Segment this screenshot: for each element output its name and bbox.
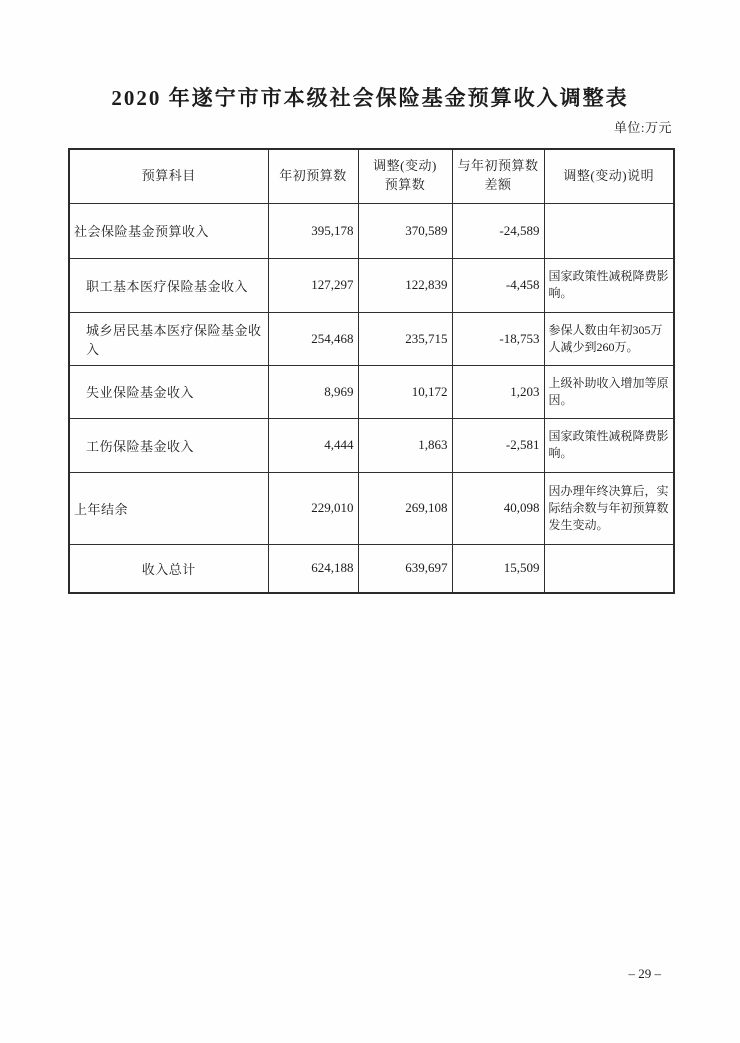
col-header-difference: 与年初预算数 差额	[452, 149, 544, 203]
row-label-cell: 社会保险基金预算收入	[69, 203, 268, 258]
page-number: – 29 –	[0, 966, 740, 982]
adjusted-budget-cell: 122,839	[358, 258, 452, 312]
unit-label: 单位:万元	[614, 117, 672, 136]
adjusted-budget-cell: 639,697	[358, 544, 452, 593]
adjusted-budget-cell: 10,172	[358, 365, 452, 418]
row-label-cell: 失业保险基金收入	[69, 365, 268, 418]
row-label-cell: 城乡居民基本医疗保险基金收入	[69, 312, 268, 365]
budget-table: 预算科目 年初预算数 调整(变动) 预算数 与年初预算数 差额 调整(变动)说明…	[68, 148, 675, 594]
initial-budget-cell: 254,468	[268, 312, 358, 365]
table-row: 失业保险基金收入 8,969 10,172 1,203 上级补助收入增加等原因。	[69, 365, 674, 418]
table-row: 社会保险基金预算收入 395,178 370,589 -24,589	[69, 203, 674, 258]
difference-cell: 40,098	[452, 472, 544, 544]
row-label-cell: 上年结余	[69, 472, 268, 544]
table-row: 城乡居民基本医疗保险基金收入 254,468 235,715 -18,753 参…	[69, 312, 674, 365]
difference-cell: 15,509	[452, 544, 544, 593]
note-cell: 因办理年终决算后，实际结余数与年初预算数发生变动。	[544, 472, 674, 544]
initial-budget-cell: 127,297	[268, 258, 358, 312]
note-cell: 上级补助收入增加等原因。	[544, 365, 674, 418]
note-cell	[544, 544, 674, 593]
col-header-initial-budget: 年初预算数	[268, 149, 358, 203]
page-title: 2020 年遂宁市市本级社会保险基金预算收入调整表	[0, 82, 740, 112]
difference-cell: 1,203	[452, 365, 544, 418]
difference-cell: -24,589	[452, 203, 544, 258]
difference-cell: -4,458	[452, 258, 544, 312]
note-cell: 国家政策性减税降费影响。	[544, 418, 674, 472]
table-row: 收入总计 624,188 639,697 15,509	[69, 544, 674, 593]
row-label-cell: 职工基本医疗保险基金收入	[69, 258, 268, 312]
initial-budget-cell: 229,010	[268, 472, 358, 544]
initial-budget-cell: 624,188	[268, 544, 358, 593]
adjusted-budget-cell: 269,108	[358, 472, 452, 544]
initial-budget-cell: 8,969	[268, 365, 358, 418]
col-header-note: 调整(变动)说明	[544, 149, 674, 203]
difference-cell: -18,753	[452, 312, 544, 365]
table-row: 工伤保险基金收入 4,444 1,863 -2,581 国家政策性减税降费影响。	[69, 418, 674, 472]
col-header-subject: 预算科目	[69, 149, 268, 203]
note-cell	[544, 203, 674, 258]
initial-budget-cell: 4,444	[268, 418, 358, 472]
table-row: 职工基本医疗保险基金收入 127,297 122,839 -4,458 国家政策…	[69, 258, 674, 312]
table-row: 上年结余 229,010 269,108 40,098 因办理年终决算后，实际结…	[69, 472, 674, 544]
table-header-row: 预算科目 年初预算数 调整(变动) 预算数 与年初预算数 差额 调整(变动)说明	[69, 149, 674, 203]
initial-budget-cell: 395,178	[268, 203, 358, 258]
adjusted-budget-cell: 1,863	[358, 418, 452, 472]
row-label-cell: 工伤保险基金收入	[69, 418, 268, 472]
adjusted-budget-cell: 235,715	[358, 312, 452, 365]
difference-cell: -2,581	[452, 418, 544, 472]
adjusted-budget-cell: 370,589	[358, 203, 452, 258]
note-cell: 国家政策性减税降费影响。	[544, 258, 674, 312]
col-header-adjusted-budget: 调整(变动) 预算数	[358, 149, 452, 203]
note-cell: 参保人数由年初305万人减少到260万。	[544, 312, 674, 365]
document-page: 2020 年遂宁市市本级社会保险基金预算收入调整表 单位:万元 预算科目 年初预…	[0, 0, 740, 1043]
row-label-cell: 收入总计	[69, 544, 268, 593]
